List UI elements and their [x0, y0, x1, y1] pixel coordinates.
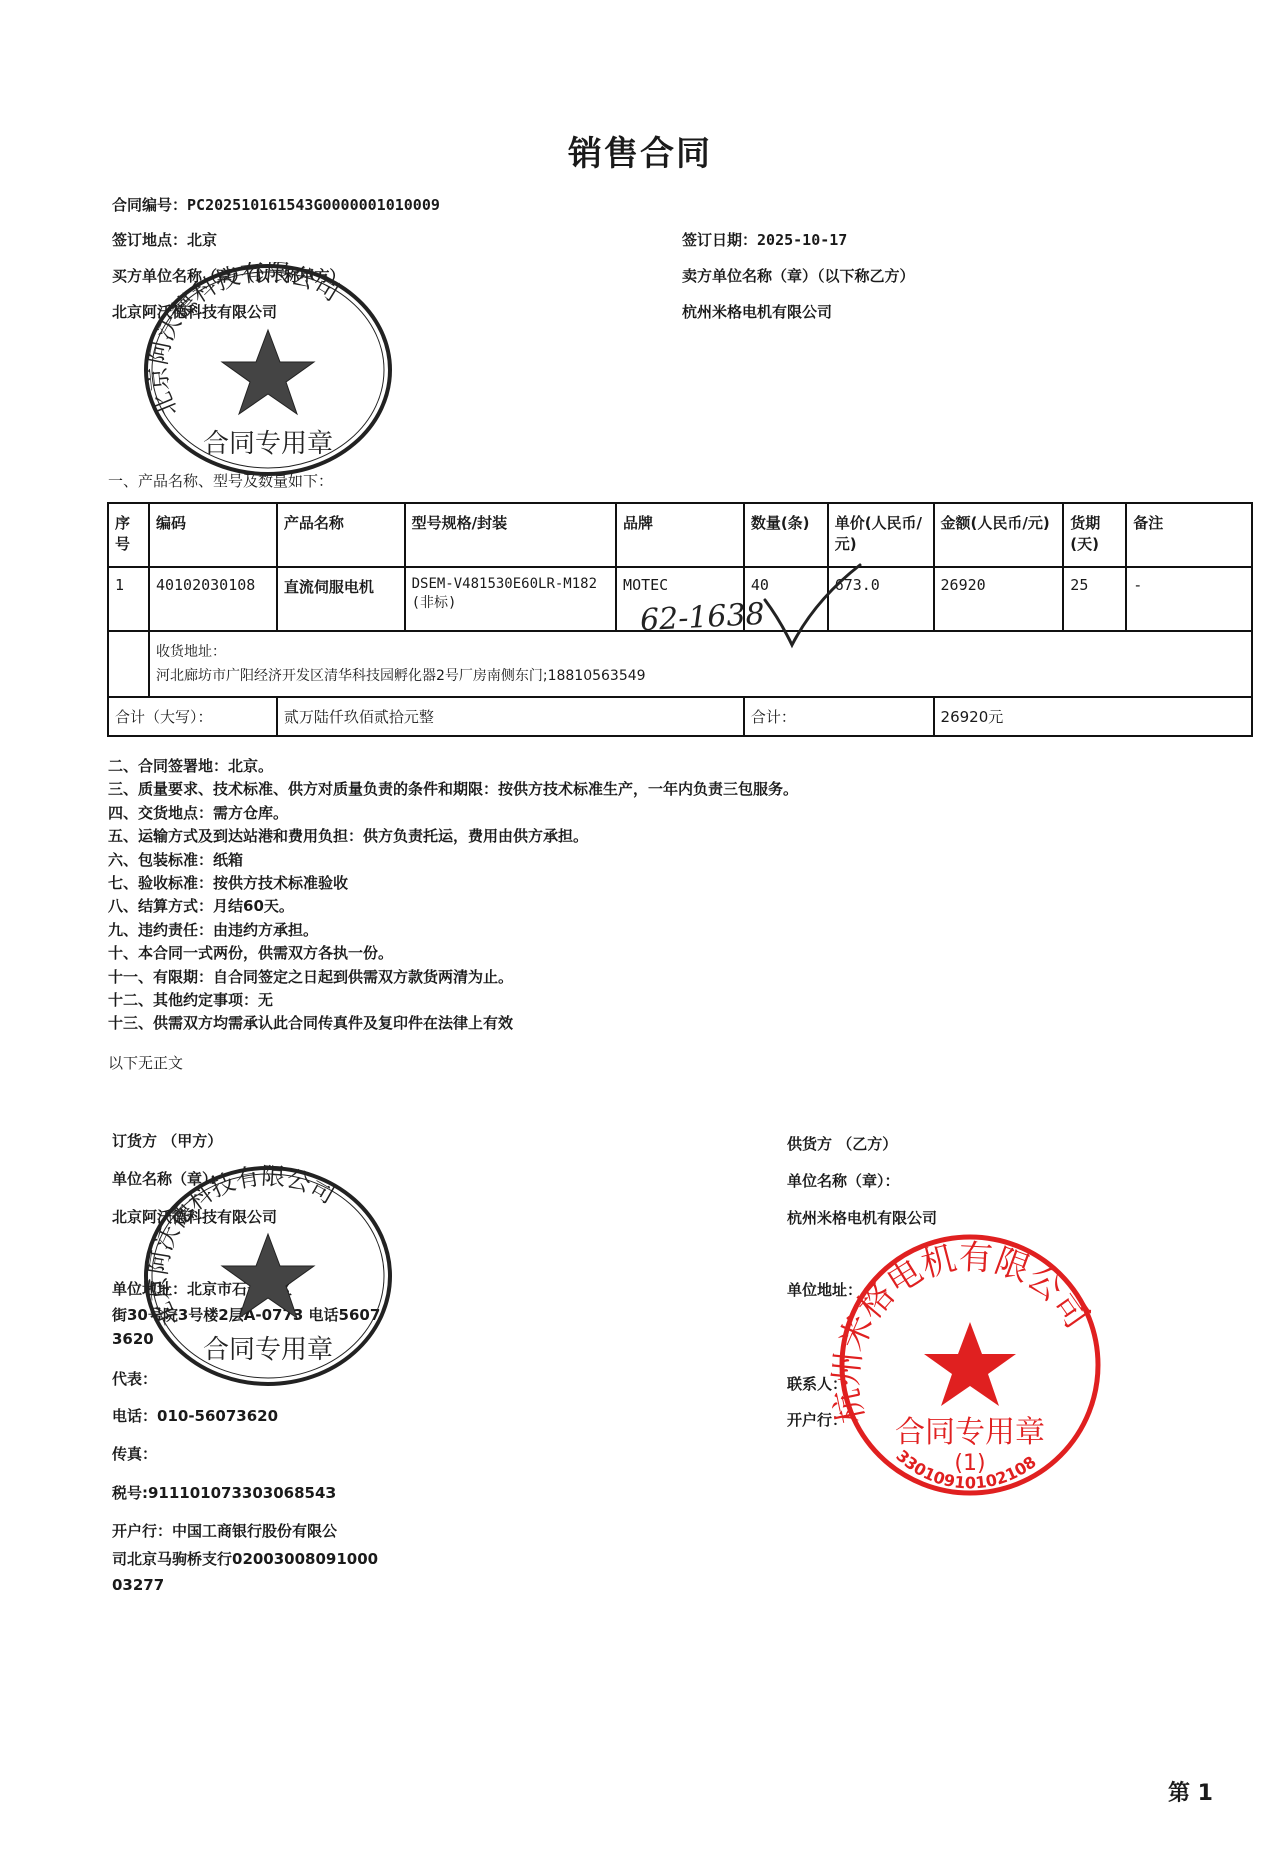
end-note: 以下无正文 [108, 1052, 183, 1073]
contract-number: 合同编号：PC202510161543G0000001010009 [112, 194, 440, 215]
svg-text:(1): (1) [954, 1451, 985, 1476]
svg-text:合同专用章: 合同专用章 [895, 1415, 1045, 1450]
cell-remark: - [1126, 567, 1252, 631]
sign-date-value: 2025-10-17 [757, 231, 847, 249]
svg-text:杭州米格电机有限公司: 杭州米格电机有限公司 [830, 1237, 1097, 1426]
buyer-block-heading: 订货方 （甲方） [112, 1130, 222, 1151]
product-table: 序号 编码 产品名称 型号规格/封装 品牌 数量(条) 单价(人民币/元) 金额… [107, 502, 1253, 737]
cell-amount: 26920 [934, 567, 1064, 631]
buyer-name: 北京阿沃德科技有限公司 [112, 301, 277, 322]
cell-unit-price: 673.0 [828, 567, 934, 631]
term-item: 九、违约责任：由违约方承担。 [108, 919, 798, 942]
table-row: 1 40102030108 直流伺服电机 DSEM-V481530E60LR-M… [108, 567, 1252, 631]
seller-unit-name: 杭州米格电机有限公司 [787, 1207, 937, 1228]
header-lead-time: 货期(天) [1063, 503, 1126, 567]
buyer-label: 买方单位名称（章）（以下称甲方） [112, 265, 345, 286]
document-title: 销售合同 [0, 126, 1280, 175]
seller-contact-label: 联系人： [787, 1373, 847, 1394]
total-row: 合计（大写）： 贰万陆仟玖佰贰拾元整 合计： 26920元 [108, 697, 1252, 736]
delivery-address-value: 河北廊坊市广阳经济开发区清华科技园孵化器2号厂房南侧东门;18810563549 [156, 664, 1245, 688]
cell-qty: 40 [744, 567, 828, 631]
header-name: 产品名称 [277, 503, 405, 567]
svg-text:合同专用章: 合同专用章 [203, 429, 333, 459]
terms-list: 二、合同签署地：北京。 三、质量要求、技术标准、供方对质量负责的条件和期限：按供… [108, 755, 798, 1036]
header-model: 型号规格/封装 [405, 503, 616, 567]
buyer-tax: 税号:91110107330306854З [112, 1482, 336, 1503]
buyer-tax-value: 91110107330306854З [148, 1484, 336, 1502]
header-remark: 备注 [1126, 503, 1252, 567]
table-header-row: 序号 编码 产品名称 型号规格/封装 品牌 数量(条) 单价(人民币/元) 金额… [108, 503, 1252, 567]
buyer-company-stamp-top: 北京阿沃德科技有限公司 合同专用章 [140, 262, 400, 482]
buyer-tax-label: 税号: [112, 1484, 148, 1502]
term-item: 五、运输方式及到达站港和费用负担：供方负责托运，费用由供方承担。 [108, 825, 798, 848]
term-item: 七、验收标准：按供方技术标准验收 [108, 872, 798, 895]
term-item: 六、包装标准：纸箱 [108, 849, 798, 872]
buyer-bank-line2: 司北京马驹桥支行02003008091000 [112, 1548, 378, 1569]
total-upper-label: 合计（大写）： [108, 697, 277, 736]
cell-code: 40102030108 [149, 567, 277, 631]
cell-lead-time: 25 [1063, 567, 1126, 631]
buyer-bank-line3: 03277 [112, 1576, 164, 1594]
term-item: 四、交货地点：需方仓库。 [108, 802, 798, 825]
delivery-address-row: 收货地址： 河北廊坊市广阳经济开发区清华科技园孵化器2号厂房南侧东门;18810… [108, 631, 1252, 697]
seller-unit-name-label: 单位名称（章）： [787, 1170, 900, 1191]
buyer-address-line1: 单位地址：北京市石景山区 [112, 1278, 292, 1299]
delivery-address-label: 收货地址： [156, 640, 1245, 664]
term-item: 三、质量要求、技术标准、供方对质量负责的条件和期限：按供方技术标准生产，一年内负… [108, 778, 798, 801]
seller-name: 杭州米格电机有限公司 [682, 301, 832, 322]
term-item: 十一、有限期：自合同签定之日起到供需双方款货两清为止。 [108, 966, 798, 989]
buyer-bank-line1: 开户行：中国工商银行股份有限公 [112, 1520, 337, 1541]
svg-text:3301091010210​8: 3301091010210​8 [892, 1446, 1039, 1492]
sign-place-value: 北京 [187, 231, 217, 249]
delivery-address-cell: 收货地址： 河北廊坊市广阳经济开发区清华科技园孵化器2号厂房南侧东门;18810… [149, 631, 1252, 697]
sign-date-label: 签订日期： [682, 231, 757, 249]
buyer-company-stamp-bottom: 北京阿沃德科技有限公司 合同专用章 [140, 1162, 400, 1392]
buyer-unit-name-label: 单位名称（章）： [112, 1168, 225, 1189]
buyer-address-line2: 街30号院3号楼2层A-0773 电话5607 [112, 1304, 380, 1325]
seller-address-label: 单位地址： [787, 1279, 862, 1300]
total-label: 合计： [744, 697, 934, 736]
cell-brand: MOTEC [616, 567, 744, 631]
term-item: 八、结算方式：月结60天。 [108, 895, 798, 918]
buyer-phone-value: 010-56073620 [157, 1407, 278, 1425]
contract-number-label: 合同编号： [112, 196, 187, 214]
term-item: 十三、供需双方均需承认此合同传真件及复印件在法律上有效 [108, 1012, 798, 1035]
cell-name: 直流伺服电机 [277, 567, 405, 631]
term-item: 二、合同签署地：北京。 [108, 755, 798, 778]
buyer-unit-name: 北京阿沃德科技有限公司 [112, 1206, 277, 1227]
term-item: 十二、其他约定事项：无 [108, 989, 798, 1012]
seller-label: 卖方单位名称（章）（以下称乙方） [682, 265, 915, 286]
star-icon [924, 1322, 1016, 1406]
header-qty: 数量(条) [744, 503, 828, 567]
buyer-address-line3: 3620 [112, 1330, 154, 1348]
header-seq: 序号 [108, 503, 149, 567]
buyer-rep-label: 代表： [112, 1368, 157, 1389]
section-1-heading: 一、产品名称、型号及数量如下： [108, 470, 333, 491]
page-number: 第 1 [1168, 1776, 1213, 1807]
sign-date: 签订日期：2025-10-17 [682, 229, 847, 250]
header-brand: 品牌 [616, 503, 744, 567]
seller-block-heading: 供货方 （乙方） [787, 1133, 897, 1154]
header-code: 编码 [149, 503, 277, 567]
seller-company-stamp: 杭州米格电机有限公司 合同专用章 (1) 3301091010210​8 [830, 1230, 1110, 1500]
buyer-phone: 电话：010-56073620 [112, 1405, 278, 1426]
sign-place: 签订地点：北京 [112, 229, 217, 250]
buyer-phone-label: 电话： [112, 1407, 157, 1425]
total-value: 26920元 [934, 697, 1252, 736]
total-upper-value: 贰万陆仟玖佰贰拾元整 [277, 697, 744, 736]
cell-model: DSEM-V481530E60LR-M182(非标) [405, 567, 616, 631]
sign-place-label: 签订地点： [112, 231, 187, 249]
seller-bank-label: 开户行： [787, 1409, 847, 1430]
star-icon [222, 330, 314, 414]
term-item: 十、本合同一式两份，供需双方各执一份。 [108, 942, 798, 965]
header-unit-price: 单价(人民币/元) [828, 503, 934, 567]
buyer-fax-label: 传真： [112, 1443, 157, 1464]
contract-number-value: PC202510161543G0000001010009 [187, 196, 440, 214]
svg-text:合同专用章: 合同专用章 [203, 1335, 333, 1365]
header-amount: 金额(人民币/元) [934, 503, 1064, 567]
cell-seq: 1 [108, 567, 149, 631]
